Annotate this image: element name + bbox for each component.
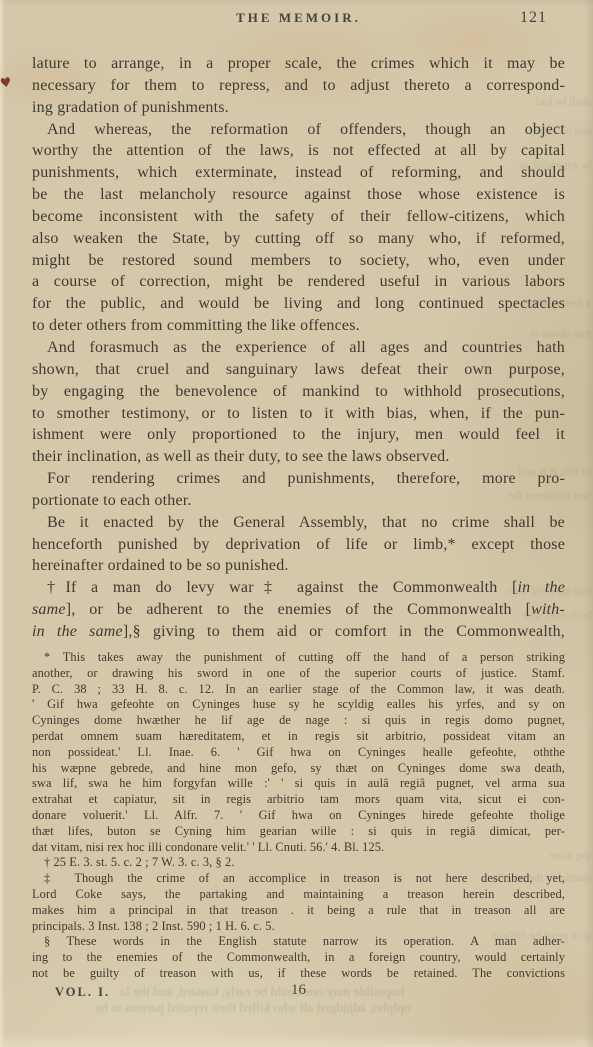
text-line: extrahat et capiatur, sit in regis arbit… <box>32 792 565 808</box>
text-line: * This takes away the punishment of cutt… <box>32 650 565 666</box>
text-line: Lord Coke says, the partaking and mainta… <box>32 887 565 903</box>
text-line: henceforth punished by deprivation of li… <box>32 534 565 556</box>
text-line: be the last melancholy resource against … <box>32 184 565 206</box>
text-line: worthy the attention of the laws, is not… <box>32 140 565 162</box>
text-line: might be restored sound members to socie… <box>32 250 565 272</box>
text-line: ‡ Though the crime of an accomplice in t… <box>32 871 565 887</box>
text-line: thæt lifes, buton se Cyning him gearian … <box>32 824 565 840</box>
text-line: lature to arrange, in a proper scale, th… <box>32 53 565 75</box>
text-line: in the same],§ giving to them aid or com… <box>32 621 565 643</box>
text-line: same], or be adherent to the enemies of … <box>32 599 565 621</box>
text-line: to smother testimony, or to listen to it… <box>32 403 565 425</box>
text-line: hereinafter ordained to be so punished. <box>32 555 565 577</box>
page-footer: VOL. I. 16 <box>32 982 565 1002</box>
text-line: Be it enacted by the General Assembly, t… <box>32 512 565 534</box>
text-line: another, or drawing his sword in one of … <box>32 666 565 682</box>
text-line: necessary for them to repress, and to ad… <box>32 75 565 97</box>
text-line: non possideat.' Ll. Inae. 6. ' Gif hwa o… <box>32 745 565 761</box>
text-line: become inconsistent with the safety of t… <box>32 206 565 228</box>
text-line: his wæpne gebrede, and hine mon gefo, sy… <box>32 761 565 777</box>
text-line: dat vitam, nisi rex hoc illi condonare v… <box>32 840 565 856</box>
text-line: also weaken the State, by cutting off so… <box>32 228 565 250</box>
book-page-scan: THE MEMOIR. 121 ♥ lature to arrange, in … <box>0 0 593 1047</box>
text-line: for the public, and would be living and … <box>32 293 565 315</box>
text-line: ishment were only proportioned to the in… <box>32 424 565 446</box>
text-line: ing gradation of punishments. <box>32 97 565 119</box>
text-line: † 25 E. 3. st. 5. c. 2 ; 7 W. 3. c. 3, §… <box>32 855 565 871</box>
text-line: portionate to each other. <box>32 490 565 512</box>
text-line: a course of correction, might be rendere… <box>32 271 565 293</box>
text-line: makes him a principal in that treason . … <box>32 903 565 919</box>
text-line: perdat omnem suam hæreditatem, et in reg… <box>32 729 565 745</box>
text-line: shown, that cruel and sanguinary laws de… <box>32 359 565 381</box>
text-line: to deter others from committing the like… <box>32 315 565 337</box>
text-line: And forasmuch as the experience of all a… <box>32 337 565 359</box>
text-line: †If a man do levy war‡ against the Commo… <box>32 577 565 599</box>
text-line: not be guilty of treason with us, if the… <box>32 966 565 982</box>
text-line: their inclination, as well as their duty… <box>32 446 565 468</box>
text-line: ing to the enemies of the Commonwealth, … <box>32 950 565 966</box>
text-line: And whereas, the reformation of offender… <box>32 119 565 141</box>
bleed-through-line: oplpho, adjudged all who killed their re… <box>95 1000 411 1016</box>
page-number: 121 <box>520 9 547 27</box>
text-line: punishments, which exterminate, instead … <box>32 162 565 184</box>
text-line: Cyninges dome hwæther he lif age de nage… <box>32 713 565 729</box>
text-line: by engaging the benevolence of mankind t… <box>32 381 565 403</box>
text-line: principals. 3 Inst. 138 ; 2 Inst. 590 ; … <box>32 919 565 935</box>
body-text: lature to arrange, in a proper scale, th… <box>32 53 565 643</box>
ink-blot: ♥ <box>0 75 13 92</box>
text-line: donare voluerit.' Ll. Alfr. 7. ' Gif hwa… <box>32 808 565 824</box>
footnotes: * This takes away the punishment of cutt… <box>32 650 565 982</box>
signature-number: 16 <box>32 982 565 999</box>
text-line: ' Gif hwa gefeohte on Cyninges huse sy h… <box>32 697 565 713</box>
text-line: For rendering crimes and punishments, th… <box>32 468 565 490</box>
text-line: P. C. 38 ; 33 H. 8. c. 12. In an earlier… <box>32 682 565 698</box>
text-line: § These words in the English statute nar… <box>32 934 565 950</box>
page-header: THE MEMOIR. 121 <box>32 10 565 32</box>
running-title: THE MEMOIR. <box>32 10 565 26</box>
text-line: swa lif, swa he him forgyfan wille :' ' … <box>32 776 565 792</box>
